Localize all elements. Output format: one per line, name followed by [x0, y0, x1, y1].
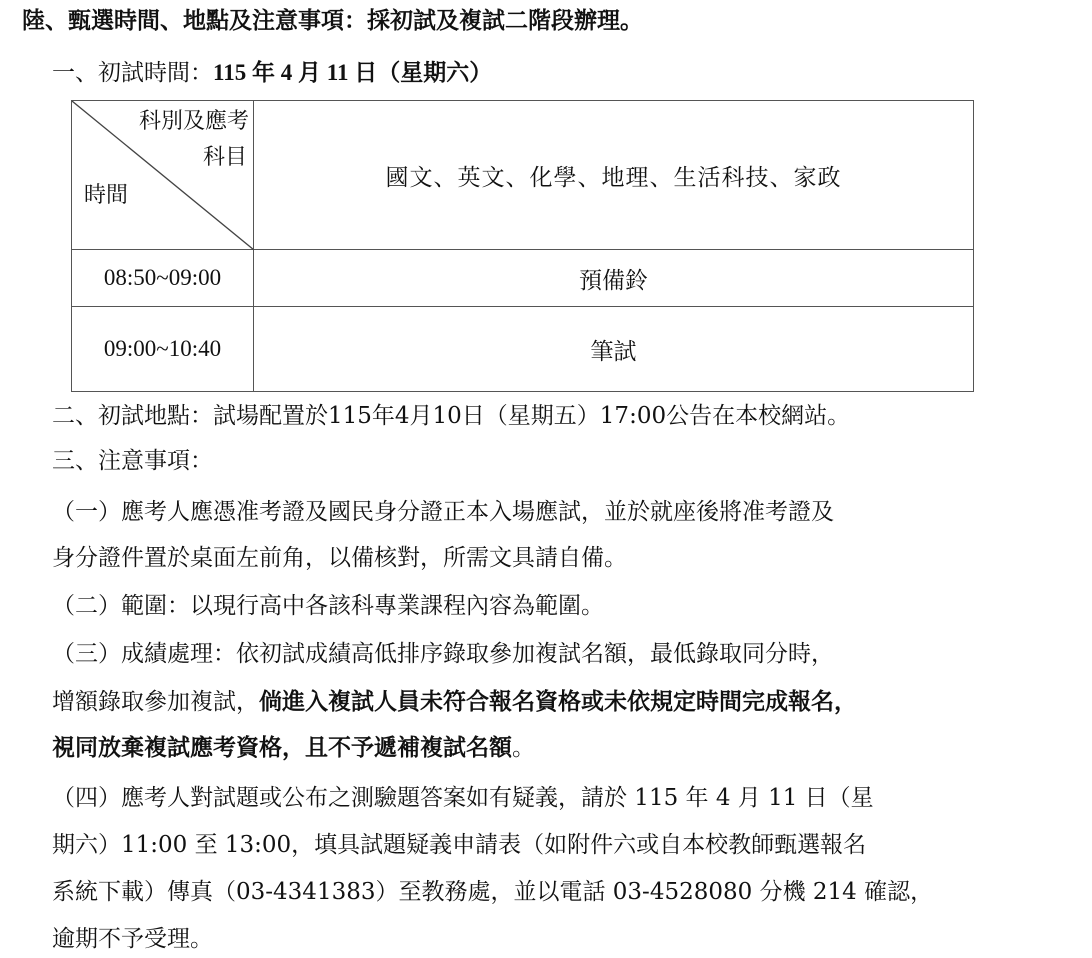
exam-time-line: 一、初試時間：115 年 4 月 11 日（星期六） — [52, 58, 492, 88]
subjects-cell: 國文、英文、化學、地理、生活科技、家政 — [254, 101, 974, 250]
exam-time-label: 一、初試時間： — [52, 60, 213, 86]
activity-cell: 筆試 — [254, 307, 974, 392]
schedule-table: 科別及應考 科目 時間 國文、英文、化學、地理、生活科技、家政 08:50~09… — [71, 100, 974, 392]
time-cell: 09:00~10:40 — [72, 307, 254, 392]
note-4-line-3: 系統下載）傳真（03-4341383）至教務處，並以電話 03-4528080 … — [52, 877, 933, 907]
note-3-normal-text: 增額錄取參加複試， — [52, 689, 259, 715]
note-3-end: 。 — [512, 735, 535, 761]
note-1-line-1: （一）應考人應憑准考證及國民身分證正本入場應試，並於就座後將准考證及 — [52, 497, 834, 527]
table-row: 08:50~09:00 預備鈴 — [72, 250, 974, 307]
note-3-bold-text: 倘進入複試人員未符合報名資格或未依規定時間完成報名， — [259, 688, 857, 715]
note-3-line-2: 增額錄取參加複試，倘進入複試人員未符合報名資格或未依規定時間完成報名， — [52, 687, 857, 717]
note-4-line-1: （四）應考人對試題或公布之測驗題答案如有疑義，請於 115 年 4 月 11 日… — [52, 783, 874, 813]
table-corner-header: 科別及應考 科目 時間 — [72, 101, 254, 250]
corner-time-label: 時間 — [84, 181, 128, 211]
section-heading: 陸、甄選時間、地點及注意事項：採初試及複試二階段辦理。 — [22, 6, 643, 36]
note-1-line-2: 身分證件置於桌面左前角，以備核對，所需文具請自備。 — [52, 543, 627, 573]
note-3-line-1: （三）成績處理：依初試成績高低排序錄取參加複試名額，最低錄取同分時， — [52, 639, 834, 669]
corner-subject-label: 科別及應考 — [139, 107, 249, 137]
exam-location-line: 二、初試地點：試場配置於115年4月10日（星期五）17:00公告在本校網站。 — [52, 401, 850, 431]
note-4-line-4: 逾期不予受理。 — [52, 924, 213, 954]
time-cell: 08:50~09:00 — [72, 250, 254, 307]
note-3-line-3: 視同放棄複試應考資格，且不予遞補複試名額。 — [52, 733, 535, 763]
table-row: 09:00~10:40 筆試 — [72, 307, 974, 392]
notes-title: 三、注意事項： — [52, 446, 213, 476]
note-2: （二）範圍：以現行高中各該科專業課程內容為範圍。 — [52, 591, 604, 621]
note-4-line-2: 期六）11:00 至 13:00，填具試題疑義申請表（如附件六或自本校教師甄選報… — [52, 830, 866, 860]
activity-cell: 預備鈴 — [254, 250, 974, 307]
note-3-bold-text-2: 視同放棄複試應考資格，且不予遞補複試名額 — [52, 734, 512, 761]
exam-date: 115 年 4 月 11 日（星期六） — [213, 60, 492, 85]
corner-subject-label-2: 科目 — [203, 143, 247, 173]
